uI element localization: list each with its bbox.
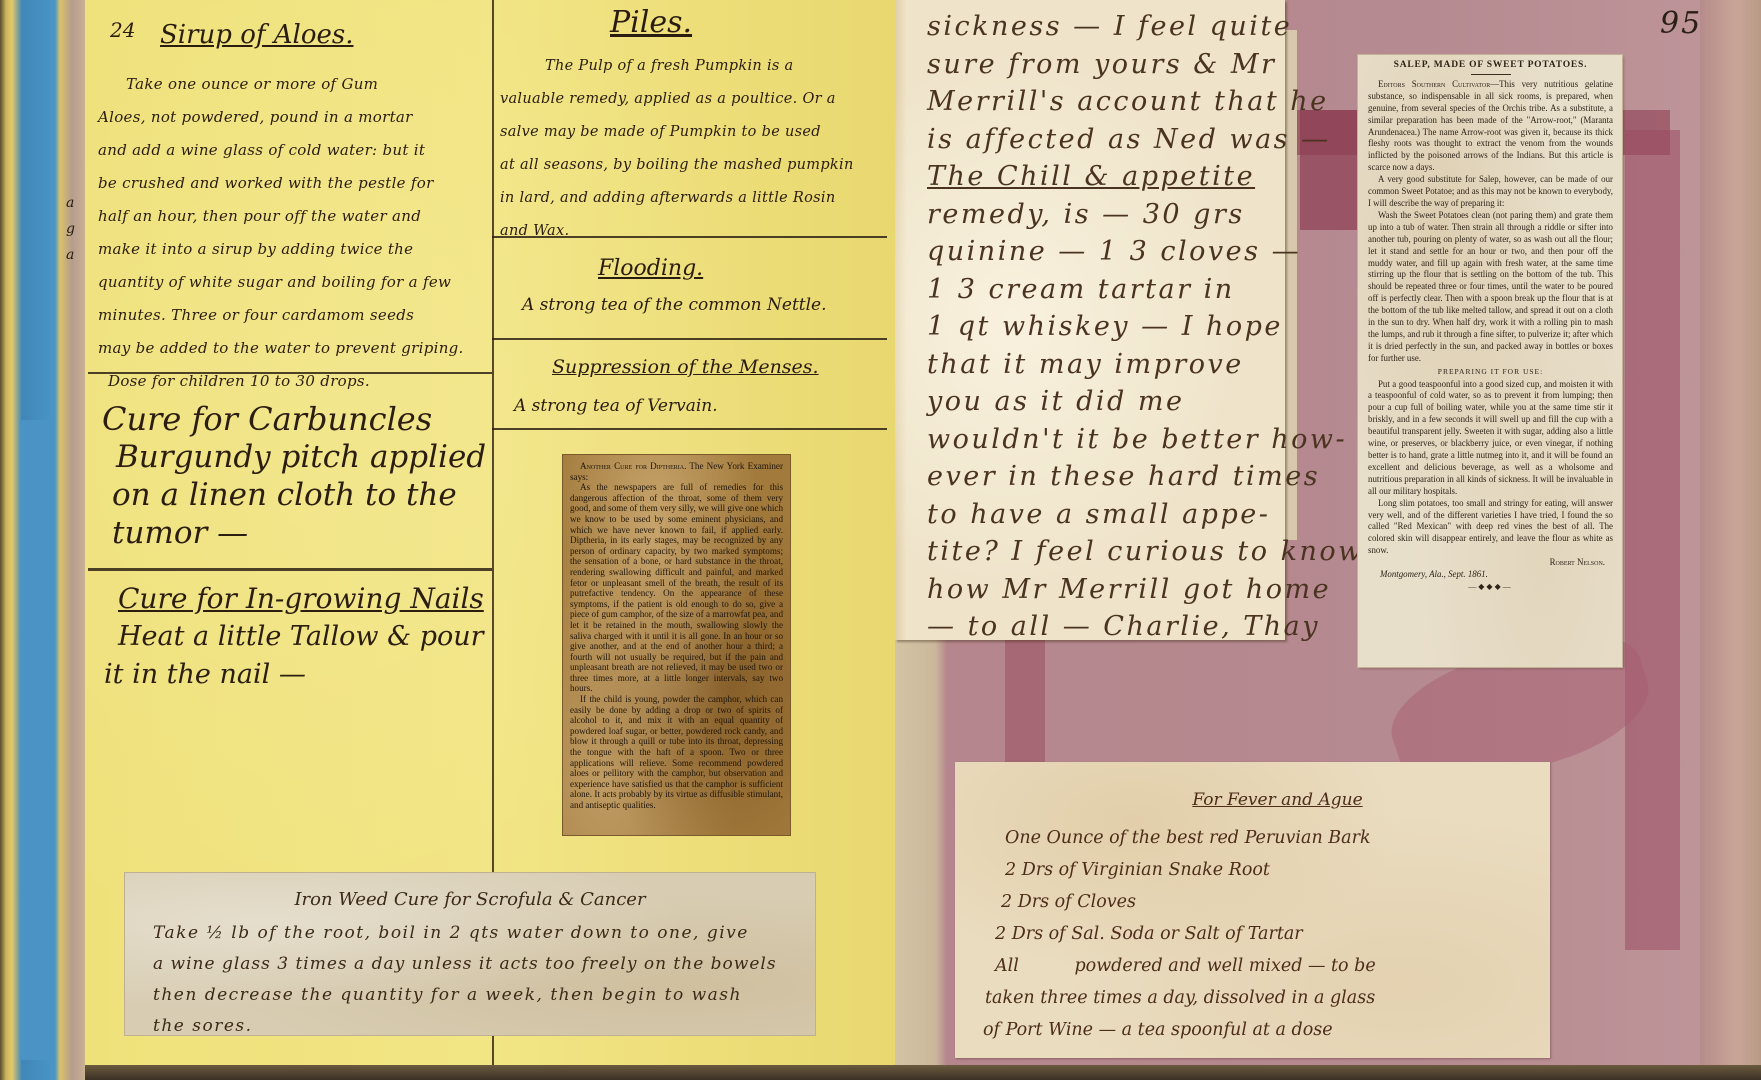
letter-line: remedy, is — 30 grs xyxy=(927,196,1271,234)
handwritten-letter-page: sickness — I feel quite sure from yours … xyxy=(895,0,1285,640)
suppression-title: Suppression of the Menses. xyxy=(552,358,819,377)
salep-paragraph: Long slim potatoes, too small and string… xyxy=(1368,498,1613,558)
ornament-divider: —◆◆◆— xyxy=(1368,581,1613,593)
letter-line: you as it did me xyxy=(927,383,1271,421)
clipping-paragraph: If the child is young, powder the campho… xyxy=(570,694,783,811)
suppression-body: A strong tea of Vervain. xyxy=(514,398,718,415)
right-page-number: 95 xyxy=(1660,6,1702,41)
salep-paragraph: Wash the Sweet Potatoes clean (not parin… xyxy=(1368,210,1613,365)
blue-endpaper-edge xyxy=(20,420,50,1060)
letter-line: to have a small appe- xyxy=(927,496,1271,534)
text-line: Burgundy pitch applied xyxy=(102,438,492,476)
diptheria-newspaper-clipping: Another Cure for Diptheria. The New York… xyxy=(563,455,790,835)
section-rule xyxy=(492,236,887,238)
text-line: 2 Drs of Virginian Snake Root xyxy=(995,854,1520,886)
sirup-body: Take one ounce or more of Gum Aloes, not… xyxy=(98,68,488,398)
margin-mark: a xyxy=(66,190,86,216)
text-line: the sores. xyxy=(153,1011,787,1042)
letter-line: quinine — 1 3 cloves — xyxy=(927,233,1271,271)
letter-line: wouldn't it be better how- xyxy=(927,421,1271,459)
title-rule xyxy=(1471,74,1511,75)
text-line: of Port Wine — a tea spoonful at a dose xyxy=(983,1014,1520,1046)
clipping-paragraph: As the newspapers are full of remedies f… xyxy=(570,482,783,694)
salep-newspaper-clipping: SALEP, MADE OF SWEET POTATOES. Editors S… xyxy=(1358,55,1622,667)
salep-title: SALEP, MADE OF SWEET POTATOES. xyxy=(1368,60,1613,72)
section-rule xyxy=(88,568,492,571)
letter-line: tite? I feel curious to know xyxy=(927,533,1271,571)
clipping-heading: Another Cure for Diptheria. The New York… xyxy=(570,461,783,482)
text-line: may be added to the water to prevent gri… xyxy=(98,332,488,365)
piles-body: The Pulp of a fresh Pumpkin is a valuabl… xyxy=(500,50,890,248)
letter-line: The Chill & appetite xyxy=(927,158,1271,196)
letter-line: 1 3 cream tartar in xyxy=(927,271,1271,309)
clipping-heading-text: Another Cure for Diptheria. xyxy=(580,461,686,471)
fever-ague-note-slip: For Fever and Ague One Ounce of the best… xyxy=(955,762,1550,1058)
salep-text: —This very nutritious gelatine substance… xyxy=(1368,79,1613,172)
text-line: at all seasons, by boiling the mashed pu… xyxy=(500,149,890,182)
text-line: Heat a little Tallow & pour xyxy=(118,618,498,656)
section-rule xyxy=(492,338,887,340)
iron-weed-title: Iron Weed Cure for Scrofula & Cancer xyxy=(153,889,787,910)
salep-paragraph: A very good substitute for Salep, howeve… xyxy=(1368,174,1613,210)
text-line: half an hour, then pour off the water an… xyxy=(98,200,488,233)
text-line: it in the nail — xyxy=(104,656,498,694)
letter-line: — to all — Charlie, Thay xyxy=(927,608,1271,646)
left-page-number: 24 xyxy=(110,20,135,40)
text-line: in lard, and adding afterwards a little … xyxy=(500,182,890,215)
salep-subheading: PREPARING IT FOR USE: xyxy=(1368,366,1613,378)
right-page-edge xyxy=(1700,0,1761,1068)
text-line: Dose for children 10 to 30 drops. xyxy=(98,365,488,398)
nails-title: Cure for In-growing Nails xyxy=(118,580,498,618)
text-line: be crushed and worked with the pestle fo… xyxy=(98,167,488,200)
sirup-title: Sirup of Aloes. xyxy=(160,22,354,48)
letter-line: is affected as Ned was — xyxy=(927,121,1271,159)
margin-mark: a xyxy=(66,242,86,268)
text-line: minutes. Three or four cardamom seeds xyxy=(98,299,488,332)
letter-line: how Mr Merrill got home xyxy=(927,571,1271,609)
text-line: Take ½ lb of the root, boil in 2 qts wat… xyxy=(153,918,787,949)
text-line: and add a wine glass of cold water: but … xyxy=(98,134,488,167)
text-line: salve may be made of Pumpkin to be used xyxy=(500,116,890,149)
text-line: All powdered and well mixed — to be xyxy=(995,950,1520,982)
margin-marks: a g a xyxy=(66,190,86,268)
carbuncles-section: Cure for Carbuncles Burgundy pitch appli… xyxy=(102,400,492,552)
text-line: One Ounce of the best red Peruvian Bark xyxy=(995,822,1520,854)
text-line: quantity of white sugar and boiling for … xyxy=(98,266,488,299)
text-line: on a linen cloth to the xyxy=(102,476,492,514)
text-line: Aloes, not powdered, pound in a mortar xyxy=(98,101,488,134)
letter-line: ever in these hard times xyxy=(927,458,1271,496)
letter-line: sickness — I feel quite xyxy=(927,8,1271,46)
text-line: a wine glass 3 times a day unless it act… xyxy=(153,949,787,980)
pink-stain xyxy=(1625,130,1680,950)
section-rule xyxy=(88,372,492,374)
letter-line: Merrill's account that he xyxy=(927,83,1271,121)
text-line: taken three times a day, dissolved in a … xyxy=(985,982,1520,1014)
flooding-title: Flooding. xyxy=(598,258,703,280)
salep-paragraph: Editors Southern Cultivator—This very nu… xyxy=(1368,79,1613,174)
text-line: and Wax. xyxy=(500,215,890,248)
letter-line: that it may improve xyxy=(927,346,1271,384)
text-line: 2 Drs of Cloves xyxy=(995,886,1520,918)
letter-line: 1 qt whiskey — I hope xyxy=(927,308,1271,346)
book-bottom-edge xyxy=(85,1065,1761,1080)
text-line: 2 Drs of Sal. Soda or Salt of Tartar xyxy=(995,918,1520,950)
nails-section: Cure for In-growing Nails Heat a little … xyxy=(118,580,498,694)
text-line: make it into a sirup by adding twice the xyxy=(98,233,488,266)
letter-line: sure from yours & Mr xyxy=(927,46,1271,84)
salep-paragraph: Put a good teaspoonful into a good sized… xyxy=(1368,379,1613,498)
margin-mark: g xyxy=(66,216,86,242)
piles-title: Piles. xyxy=(610,8,692,38)
text-line: The Pulp of a fresh Pumpkin is a xyxy=(500,50,890,83)
iron-weed-note-slip: Iron Weed Cure for Scrofula & Cancer Tak… xyxy=(125,873,815,1035)
section-rule xyxy=(492,428,887,430)
salep-intro: Editors Southern Cultivator xyxy=(1378,79,1490,89)
salep-signature: Robert Nelson. xyxy=(1368,557,1613,569)
flooding-body: A strong tea of the common Nettle. xyxy=(522,297,827,314)
text-line: Take one ounce or more of Gum xyxy=(98,68,488,101)
text-line: tumor — xyxy=(102,514,492,552)
text-line: valuable remedy, applied as a poultice. … xyxy=(500,83,890,116)
text-line: then decrease the quantity for a week, t… xyxy=(153,980,787,1011)
fever-ague-title: For Fever and Ague xyxy=(995,790,1520,810)
carbuncles-title: Cure for Carbuncles xyxy=(102,400,492,438)
salep-dateline: Montgomery, Ala., Sept. 1861. xyxy=(1368,569,1613,581)
